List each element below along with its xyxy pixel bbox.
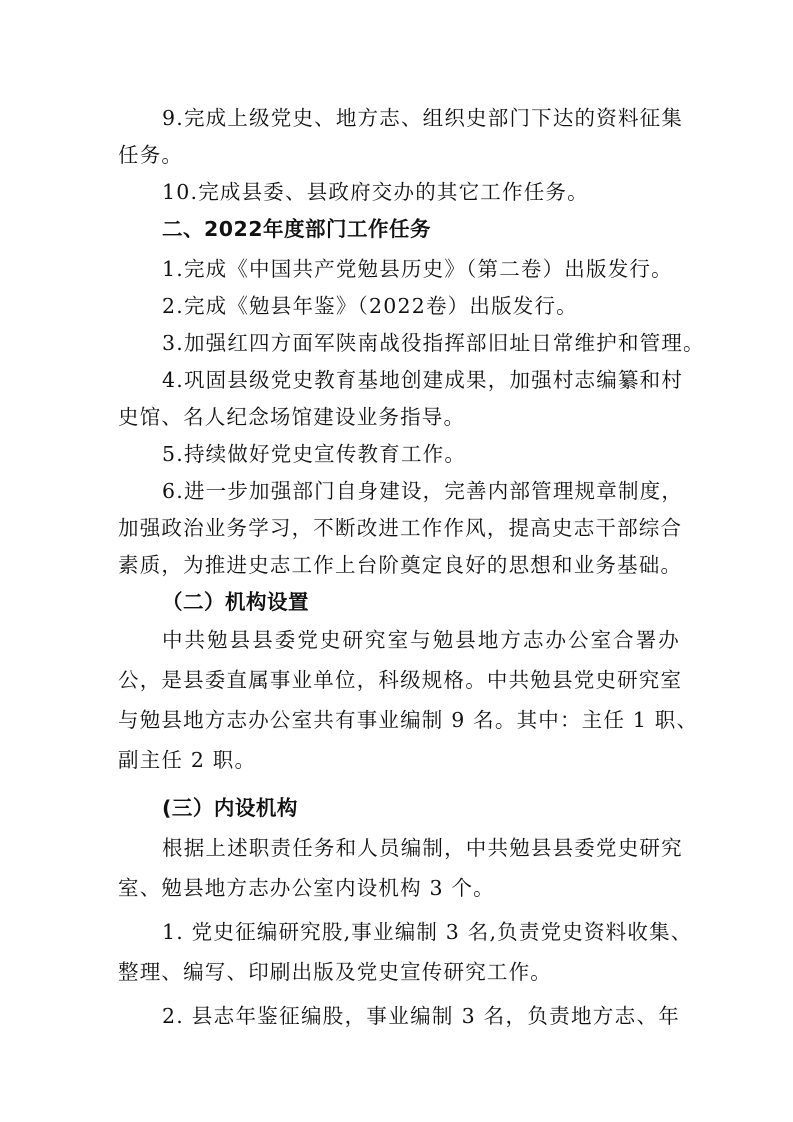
task-2022-item-6-continued-1: 加强政治业务学习，不断改进工作作风，提高史志干部综合 [118, 510, 680, 546]
internal-units-paragraph-line-2: 室、勉县地方志办公室内设机构 3 个。 [118, 870, 495, 906]
task-2022-item-1: 1.完成《中国共产党勉县历史》（第二卷）出版发行。 [162, 251, 673, 287]
section-heading-2022-tasks: 二、2022年度部门工作任务 [162, 211, 431, 247]
task-2022-item-6: 6.进一步加强部门自身建设，完善内部管理规章制度， [162, 473, 680, 509]
organization-paragraph-line-2: 公，是县委直属事业单位，科级规格。中共勉县党史研究室 [118, 662, 680, 698]
organization-paragraph-line-3: 与勉县地方志办公室共有事业编制 9 名。其中：主任 1 职、 [118, 702, 680, 738]
task-2022-item-6-continued-2: 素质，为推进史志工作上台阶奠定良好的思想和业务基础。 [118, 547, 680, 583]
task-2022-item-4-continued: 史馆、名人纪念场馆建设业务指导。 [118, 399, 465, 435]
task-item-9-continued: 任务。 [118, 137, 183, 173]
task-item-9: 9.完成上级党史、地方志、组织史部门下达的资料征集 [162, 100, 680, 136]
organization-paragraph-line-1: 中共勉县县委党史研究室与勉县地方志办公室合署办 [162, 622, 680, 658]
task-2022-item-5: 5.持续做好党史宣传教育工作。 [162, 436, 466, 472]
organization-paragraph-line-4: 副主任 2 职。 [118, 742, 256, 778]
task-2022-item-4: 4.巩固县级党史教育基地创建成果，加强村志编纂和村 [162, 362, 680, 398]
unit-item-1-continued: 整理、编写、印刷出版及党史宣传研究工作。 [118, 954, 552, 990]
task-2022-item-2: 2.完成《勉县年鉴》（2022卷）出版发行。 [162, 288, 578, 324]
task-2022-item-3: 3.加强红四方面军陕南战役指挥部旧址日常维护和管理。 [162, 325, 705, 361]
unit-item-1: 1. 党史征编研究股,事业编制 3 名,负责党史资料收集、 [162, 914, 680, 950]
task-item-10: 10.完成县委、县政府交办的其它工作任务。 [162, 174, 589, 210]
section-heading-internal-units: (三）内设机构 [162, 790, 298, 826]
unit-item-2: 2. 县志年鉴征编股，事业编制 3 名，负责地方志、年 [162, 998, 680, 1034]
internal-units-paragraph-line-1: 根据上述职责任务和人员编制，中共勉县县委党史研究 [162, 830, 680, 866]
section-heading-organization: （二）机构设置 [162, 584, 309, 620]
